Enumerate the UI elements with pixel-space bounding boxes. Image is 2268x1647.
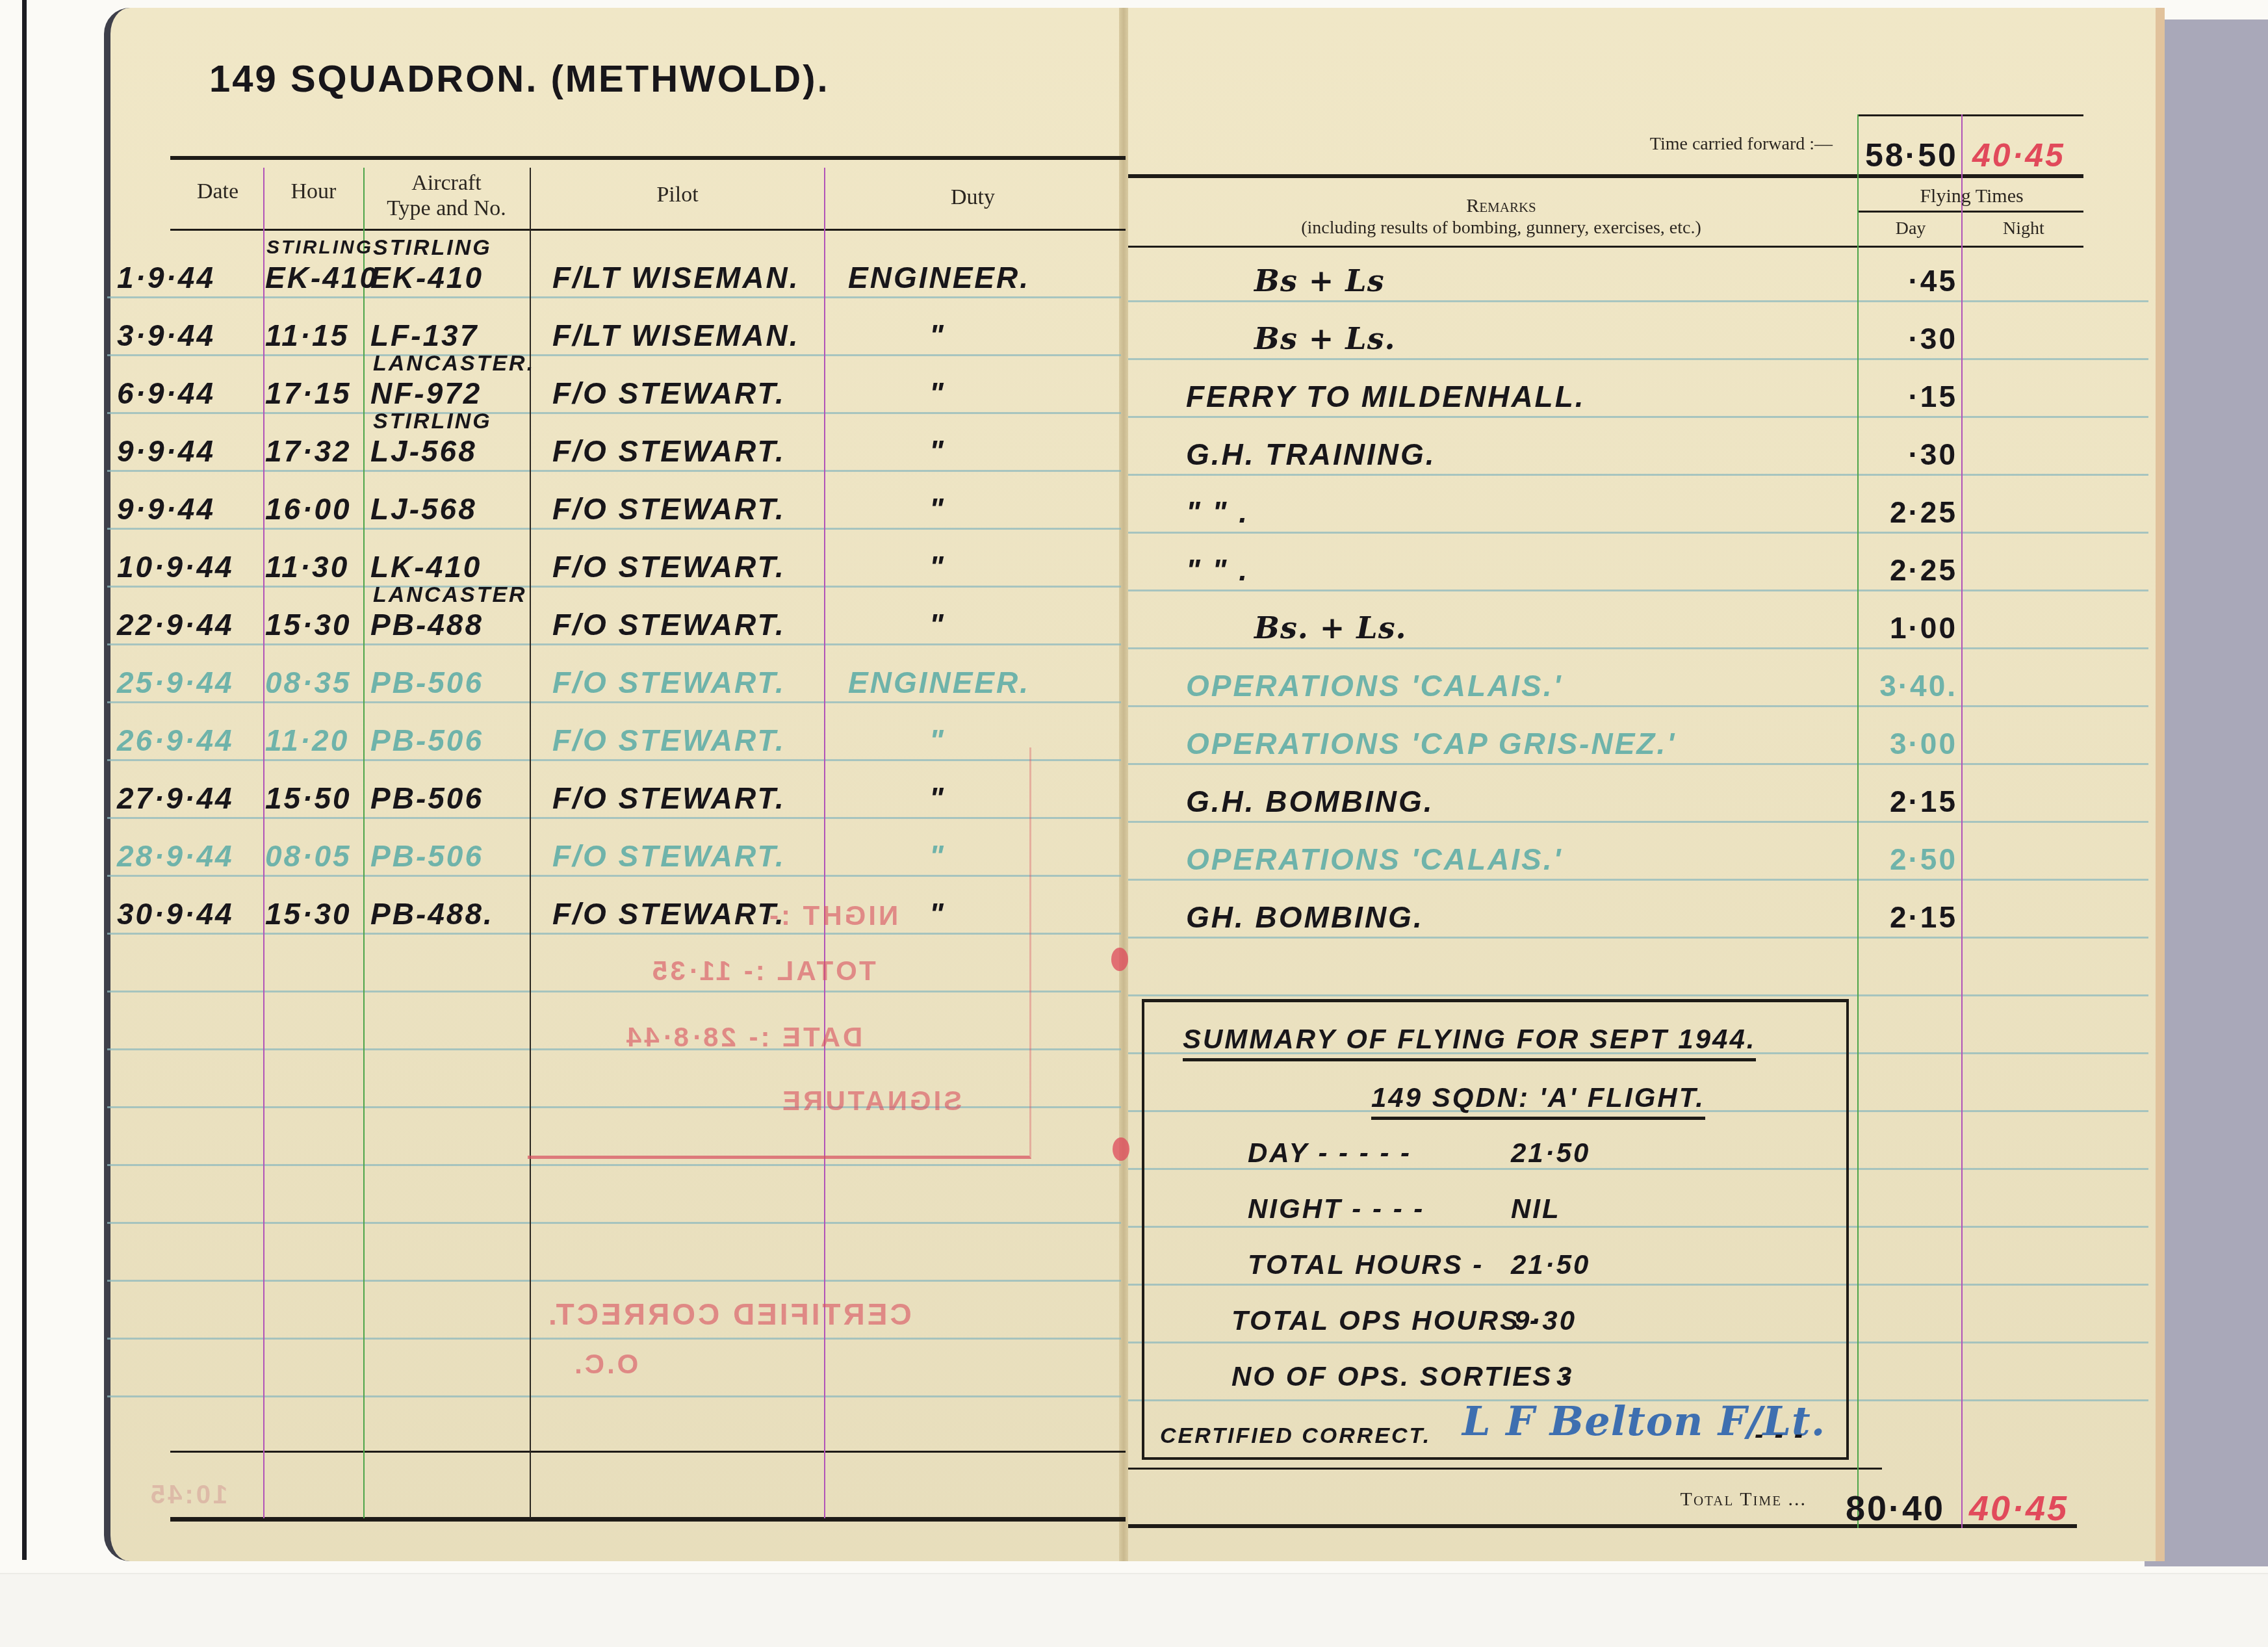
summary-unit: 149 SQDN: 'A' FLIGHT.: [1371, 1082, 1705, 1113]
ruled-line: [107, 1338, 1121, 1340]
entry-hour: 15·30: [265, 607, 352, 642]
entry-hour: 11·20: [265, 723, 349, 758]
summary-value: 3: [1556, 1361, 1573, 1392]
ruled-line: [107, 1280, 1121, 1282]
column-header-date: Date: [175, 179, 260, 204]
summary-title: SUMMARY OF FLYING FOR SEPT 1944.: [1183, 1024, 1756, 1055]
ruled-line: [1128, 358, 2148, 360]
carried-forward-day: 58·50: [1865, 136, 1958, 174]
entry-pilot: F/O STEWART.: [552, 376, 786, 411]
footer-top-rule: [170, 1451, 1126, 1453]
entry-day-time: 3·00: [1860, 726, 1957, 761]
carried-forward-label: Time carried forward :—: [1495, 134, 1833, 155]
entry-duty: ": [929, 549, 946, 584]
entry-aircraft: EK-410: [370, 260, 483, 295]
entry-date: 27·9·44: [117, 781, 234, 816]
ruled-line: [1128, 821, 2148, 823]
entry-day-time: ·45: [1860, 263, 1957, 298]
entry-remark: OPERATIONS 'CALAIS.': [1186, 842, 1562, 877]
entry-hour: EK-410: [265, 260, 378, 295]
header-top-rule: [170, 156, 1126, 160]
entry-remark: Bs + Ls.: [1254, 321, 1396, 356]
summary-value: 9·30: [1514, 1305, 1577, 1336]
entry-aircraft: PB-488: [370, 607, 483, 642]
book-gutter: [1119, 8, 1128, 1561]
entry-date: 22·9·44: [117, 607, 234, 642]
entry-date: 6·9·44: [117, 376, 215, 411]
entry-date: 10·9·44: [117, 549, 234, 584]
ruled-line: [107, 354, 1121, 356]
summary-value: 21·50: [1511, 1249, 1590, 1280]
summary-value: 21·50: [1511, 1137, 1590, 1169]
entry-date: 25·9·44: [117, 665, 234, 700]
entry-aircraft: PB-506: [370, 781, 483, 816]
entry-hour: 08·05: [265, 838, 352, 874]
aircraft-header-line1: Aircraft: [365, 170, 528, 196]
flying-times-header: Flying Times: [1860, 185, 2083, 208]
column-header-hour: Hour: [266, 179, 361, 204]
stamp-oc: O.C.: [572, 1349, 638, 1380]
ruled-line: [1128, 532, 2148, 534]
entry-remark: Bs. + Ls.: [1254, 610, 1407, 645]
entry-date: 9·9·44: [117, 491, 215, 526]
column-header-duty: Duty: [827, 185, 1119, 210]
entry-hour: 11·15: [265, 318, 349, 353]
entry-day-time: 2·25: [1860, 552, 1957, 588]
col-divider-date: [263, 168, 264, 1518]
stamp-line: TOTAL :- 11·35: [650, 955, 876, 987]
remarks-subtitle: (including results of bombing, gunnery, …: [1157, 218, 1846, 239]
stamp-line: DATE :- 28·8·44: [624, 1022, 862, 1053]
entry-duty: ": [929, 376, 946, 411]
summary-value: NIL: [1511, 1193, 1561, 1225]
ruled-line: [107, 643, 1121, 645]
ruled-line: [107, 412, 1121, 414]
ruled-line: [107, 1395, 1121, 1397]
remarks-header-bottom-rule: [1128, 246, 2083, 248]
red-ink-blot: [1111, 948, 1128, 971]
ruled-line: [107, 470, 1121, 472]
entry-remark: Bs + Ls: [1254, 263, 1385, 298]
column-header-aircraft: Aircraft Type and No.: [365, 170, 528, 221]
scanner-bed-margin: [0, 1573, 2268, 1647]
header-bottom-rule: [170, 229, 1126, 231]
entry-pilot: F/O STEWART.: [552, 491, 786, 526]
entry-aircraft-type: STIRLING: [373, 235, 492, 261]
ruled-line: [1128, 647, 2148, 649]
total-time-label: Total Time ...: [1560, 1488, 1807, 1511]
total-time-night: 40·45: [1969, 1488, 2068, 1529]
entry-pilot: F/O STEWART.: [552, 665, 786, 700]
signature-dashes: - - -: [1755, 1420, 1805, 1449]
entry-remark: G.H. BOMBING.: [1186, 784, 1434, 819]
stamp-line: SIGNATURE: [780, 1085, 962, 1117]
carried-forward-night: 40·45: [1972, 136, 2065, 174]
entry-duty: ": [929, 434, 946, 469]
entry-pilot: F/O STEWART.: [552, 549, 786, 584]
entry-remark: OPERATIONS 'CAP GRIS-NEZ.': [1186, 726, 1676, 761]
entry-hour: 17·15: [265, 376, 352, 411]
day-header: Day: [1860, 218, 1961, 239]
entry-date: 9·9·44: [117, 434, 215, 469]
entry-day-time: ·15: [1860, 379, 1957, 414]
entry-remark: OPERATIONS 'CALAIS.': [1186, 668, 1562, 703]
col-divider-day: [1961, 114, 1963, 1528]
ruled-line: [1128, 994, 2148, 996]
ruled-line: [1128, 879, 2148, 881]
carried-forward-top-rule: [1857, 114, 2083, 116]
red-ink-blot: [1113, 1137, 1129, 1161]
ruled-line: [107, 701, 1121, 703]
entry-aircraft: PB-506: [370, 838, 483, 874]
ruled-line: [107, 586, 1121, 588]
entry-day-time: ·30: [1860, 321, 1957, 356]
squadron-heading: 149 SQUADRON. (METHWOLD).: [209, 57, 830, 101]
entry-remark: " " .: [1186, 552, 1249, 588]
ruled-line: [1128, 300, 2148, 302]
entry-hour-note: STIRLING: [266, 237, 373, 259]
night-header: Night: [1964, 218, 2083, 239]
ghost-total: 10:45: [148, 1481, 227, 1510]
ruled-line: [1128, 416, 2148, 418]
entry-hour: 08·35: [265, 665, 352, 700]
entry-duty: ENGINEER.: [848, 260, 1030, 295]
ruled-line: [107, 296, 1121, 298]
ruled-line: [1128, 474, 2148, 476]
aircraft-header-line2: Type and No.: [365, 196, 528, 221]
summary-unit-text: 149 SQDN: 'A' FLIGHT.: [1371, 1082, 1705, 1120]
footer-bottom-rule: [170, 1517, 1126, 1522]
remarks-title: Remarks: [1157, 195, 1846, 218]
entry-aircraft: LJ-568: [370, 434, 477, 469]
ruled-line: [107, 528, 1121, 530]
certified-correct-label: CERTIFIED CORRECT.: [1160, 1423, 1431, 1449]
entry-date: 28·9·44: [117, 838, 234, 874]
entry-day-time: 2·50: [1860, 842, 1957, 877]
entry-hour: 15·50: [265, 781, 352, 816]
entry-hour: 17·32: [265, 434, 352, 469]
entry-aircraft-type: LANCASTER: [373, 582, 527, 608]
entry-aircraft-type: STIRLING: [373, 409, 492, 434]
summary-label: NIGHT - - - -: [1248, 1193, 1424, 1225]
entry-date: 3·9·44: [117, 318, 215, 353]
entry-day-time: ·30: [1860, 437, 1957, 472]
entry-day-time: 3·40.: [1860, 668, 1957, 703]
summary-title-text: SUMMARY OF FLYING FOR SEPT 1944.: [1183, 1024, 1756, 1061]
entry-duty: ": [929, 491, 946, 526]
entry-date: 1·9·44: [117, 260, 215, 295]
flying-times-rule: [1859, 211, 2083, 213]
entry-aircraft: PB-506: [370, 723, 483, 758]
entry-duty: ENGINEER.: [848, 665, 1030, 700]
entry-remark: G.H. TRAINING.: [1186, 437, 1436, 472]
ruled-line: [1128, 705, 2148, 707]
summary-label: TOTAL OPS HOURS -: [1231, 1305, 1541, 1336]
col-divider-hour: [363, 168, 365, 1518]
entry-aircraft: LK-410: [370, 549, 482, 584]
remarks-header-top-rule: [1128, 174, 2083, 178]
entry-day-time: 2·15: [1860, 900, 1957, 935]
entry-remark: GH. BOMBING.: [1186, 900, 1424, 935]
entry-date: 26·9·44: [117, 723, 234, 758]
right-footer-top-rule: [1128, 1468, 1882, 1470]
ruled-line: [1128, 937, 2148, 939]
entry-remark: " " .: [1186, 495, 1249, 530]
ruled-line: [107, 1164, 1121, 1166]
entry-aircraft-type: LANCASTER.: [373, 351, 535, 376]
entry-pilot: F/O STEWART.: [552, 434, 786, 469]
summary-label: TOTAL HOURS -: [1248, 1249, 1484, 1280]
entry-date: 30·9·44: [117, 896, 234, 931]
entry-aircraft: LF-137: [370, 318, 478, 353]
entry-remark: FERRY TO MILDENHALL.: [1186, 379, 1586, 414]
entry-hour: 15·30: [265, 896, 352, 931]
entry-hour: 16·00: [265, 491, 352, 526]
entry-duty: ": [929, 318, 946, 353]
ruled-line: [1128, 590, 2148, 591]
entry-duty: ": [929, 607, 946, 642]
scan-edge-line: [22, 0, 27, 1560]
entry-aircraft: LJ-568: [370, 491, 477, 526]
entry-aircraft: NF-972: [370, 376, 482, 411]
stamp-line: NIGHT :-: [767, 900, 898, 931]
remarks-header: Remarks (including results of bombing, g…: [1157, 195, 1846, 239]
entry-day-time: 2·15: [1860, 784, 1957, 819]
entry-day-time: 2·25: [1860, 495, 1957, 530]
entry-pilot: F/O STEWART.: [552, 607, 786, 642]
entry-aircraft: PB-506: [370, 665, 483, 700]
summary-label: NO OF OPS. SORTIES -: [1231, 1361, 1573, 1392]
col-divider-remarks: [1857, 114, 1859, 1528]
entry-pilot: F/LT WISEMAN.: [552, 318, 800, 353]
ruled-line: [107, 1222, 1121, 1224]
total-time-day: 80·40: [1846, 1488, 1945, 1529]
ruled-line: [1128, 763, 2148, 765]
entry-pilot: F/LT WISEMAN.: [552, 260, 800, 295]
stamp-certified: CERTIFIED CORRECT.: [546, 1297, 912, 1332]
entry-aircraft: PB-488.: [370, 896, 494, 931]
summary-label: DAY - - - - -: [1248, 1137, 1411, 1169]
entry-hour: 11·30: [265, 549, 349, 584]
entry-day-time: 1·00: [1860, 610, 1957, 645]
column-header-pilot: Pilot: [533, 182, 822, 207]
